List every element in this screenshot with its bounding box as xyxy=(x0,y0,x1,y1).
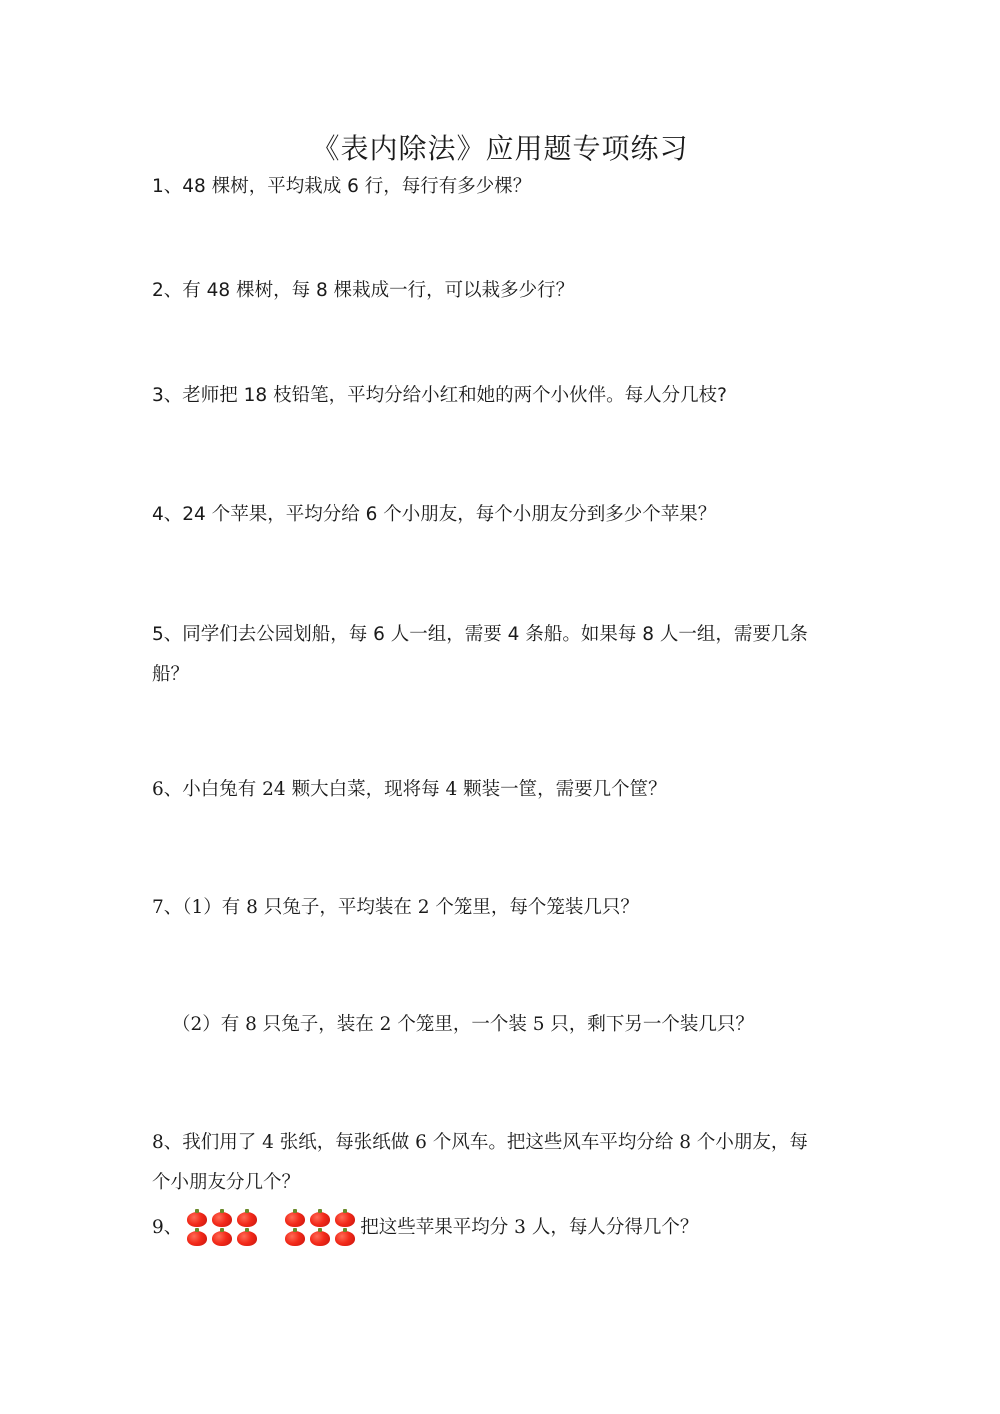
apple-icon xyxy=(309,1209,331,1227)
question-text: 把这些苹果平均分 3 人，每人分得几个？ xyxy=(360,1217,698,1238)
question-text: 6、小白兔有 24 颗大白菜，现将每 4 颗装一筐，需要几个筐？ xyxy=(152,770,852,810)
apples-illustration xyxy=(186,1209,358,1247)
question-7-part-1: 7、（1）有 8 只兔子，平均装在 2 个笼里，每个笼装几只？ xyxy=(152,888,852,928)
question-text-line-2: 个小朋友分几个？ xyxy=(152,1163,852,1203)
question-4: 4、24 个苹果，平均分给 6 个小朋友，每个小朋友分到多少个苹果？ xyxy=(152,495,852,535)
apple-icon xyxy=(309,1228,331,1246)
apple-icon xyxy=(236,1209,258,1227)
apple-group-1 xyxy=(186,1209,260,1247)
apple-icon xyxy=(211,1228,233,1246)
question-text: （2）有 8 只兔子，装在 2 个笼里，一个装 5 只，剩下另一个装几只？ xyxy=(172,1005,872,1045)
question-9: 9、 把这些苹果平均分 3 人，每人分得几个？ xyxy=(152,1208,852,1248)
page-title: 《表内除法》应用题专项练习 xyxy=(0,127,1000,167)
question-text-line-1: 8、我们用了 4 张纸，每张纸做 6 个风车。把这些风车平均分给 8 个小朋友，… xyxy=(152,1123,852,1163)
question-text-line-2: 船？ xyxy=(152,655,852,695)
question-text: 7、（1）有 8 只兔子，平均装在 2 个笼里，每个笼装几只？ xyxy=(152,888,852,928)
question-7-part-2: （2）有 8 只兔子，装在 2 个笼里，一个装 5 只，剩下另一个装几只？ xyxy=(172,1005,872,1045)
question-6: 6、小白兔有 24 颗大白菜，现将每 4 颗装一筐，需要几个筐？ xyxy=(152,770,852,810)
question-1: 1、48 棵树，平均栽成 6 行，每行有多少棵？ xyxy=(152,167,852,207)
apple-icon xyxy=(334,1228,356,1246)
apple-group-2 xyxy=(284,1209,358,1247)
apple-icon xyxy=(334,1209,356,1227)
question-text: 4、24 个苹果，平均分给 6 个小朋友，每个小朋友分到多少个苹果？ xyxy=(152,495,852,535)
question-5: 5、同学们去公园划船，每 6 人一组，需要 4 条船。如果每 8 人一组，需要几… xyxy=(152,615,852,695)
apple-icon xyxy=(186,1228,208,1246)
apple-icon xyxy=(211,1209,233,1227)
question-3: 3、老师把 18 枝铅笔，平均分给小红和她的两个小伙伴。每人分几枝? xyxy=(152,376,852,416)
apple-icon xyxy=(186,1209,208,1227)
question-8: 8、我们用了 4 张纸，每张纸做 6 个风车。把这些风车平均分给 8 个小朋友，… xyxy=(152,1123,852,1203)
question-text: 2、有 48 棵树，每 8 棵栽成一行，可以栽多少行？ xyxy=(152,271,852,311)
apple-icon xyxy=(236,1228,258,1246)
question-text-line-1: 5、同学们去公园划船，每 6 人一组，需要 4 条船。如果每 8 人一组，需要几… xyxy=(152,615,852,655)
apple-icon xyxy=(284,1228,306,1246)
question-text: 3、老师把 18 枝铅笔，平均分给小红和她的两个小伙伴。每人分几枝? xyxy=(152,376,852,416)
apple-icon xyxy=(284,1209,306,1227)
question-number: 9、 xyxy=(152,1217,182,1238)
question-2: 2、有 48 棵树，每 8 棵栽成一行，可以栽多少行？ xyxy=(152,271,852,311)
question-text: 1、48 棵树，平均栽成 6 行，每行有多少棵？ xyxy=(152,167,852,207)
